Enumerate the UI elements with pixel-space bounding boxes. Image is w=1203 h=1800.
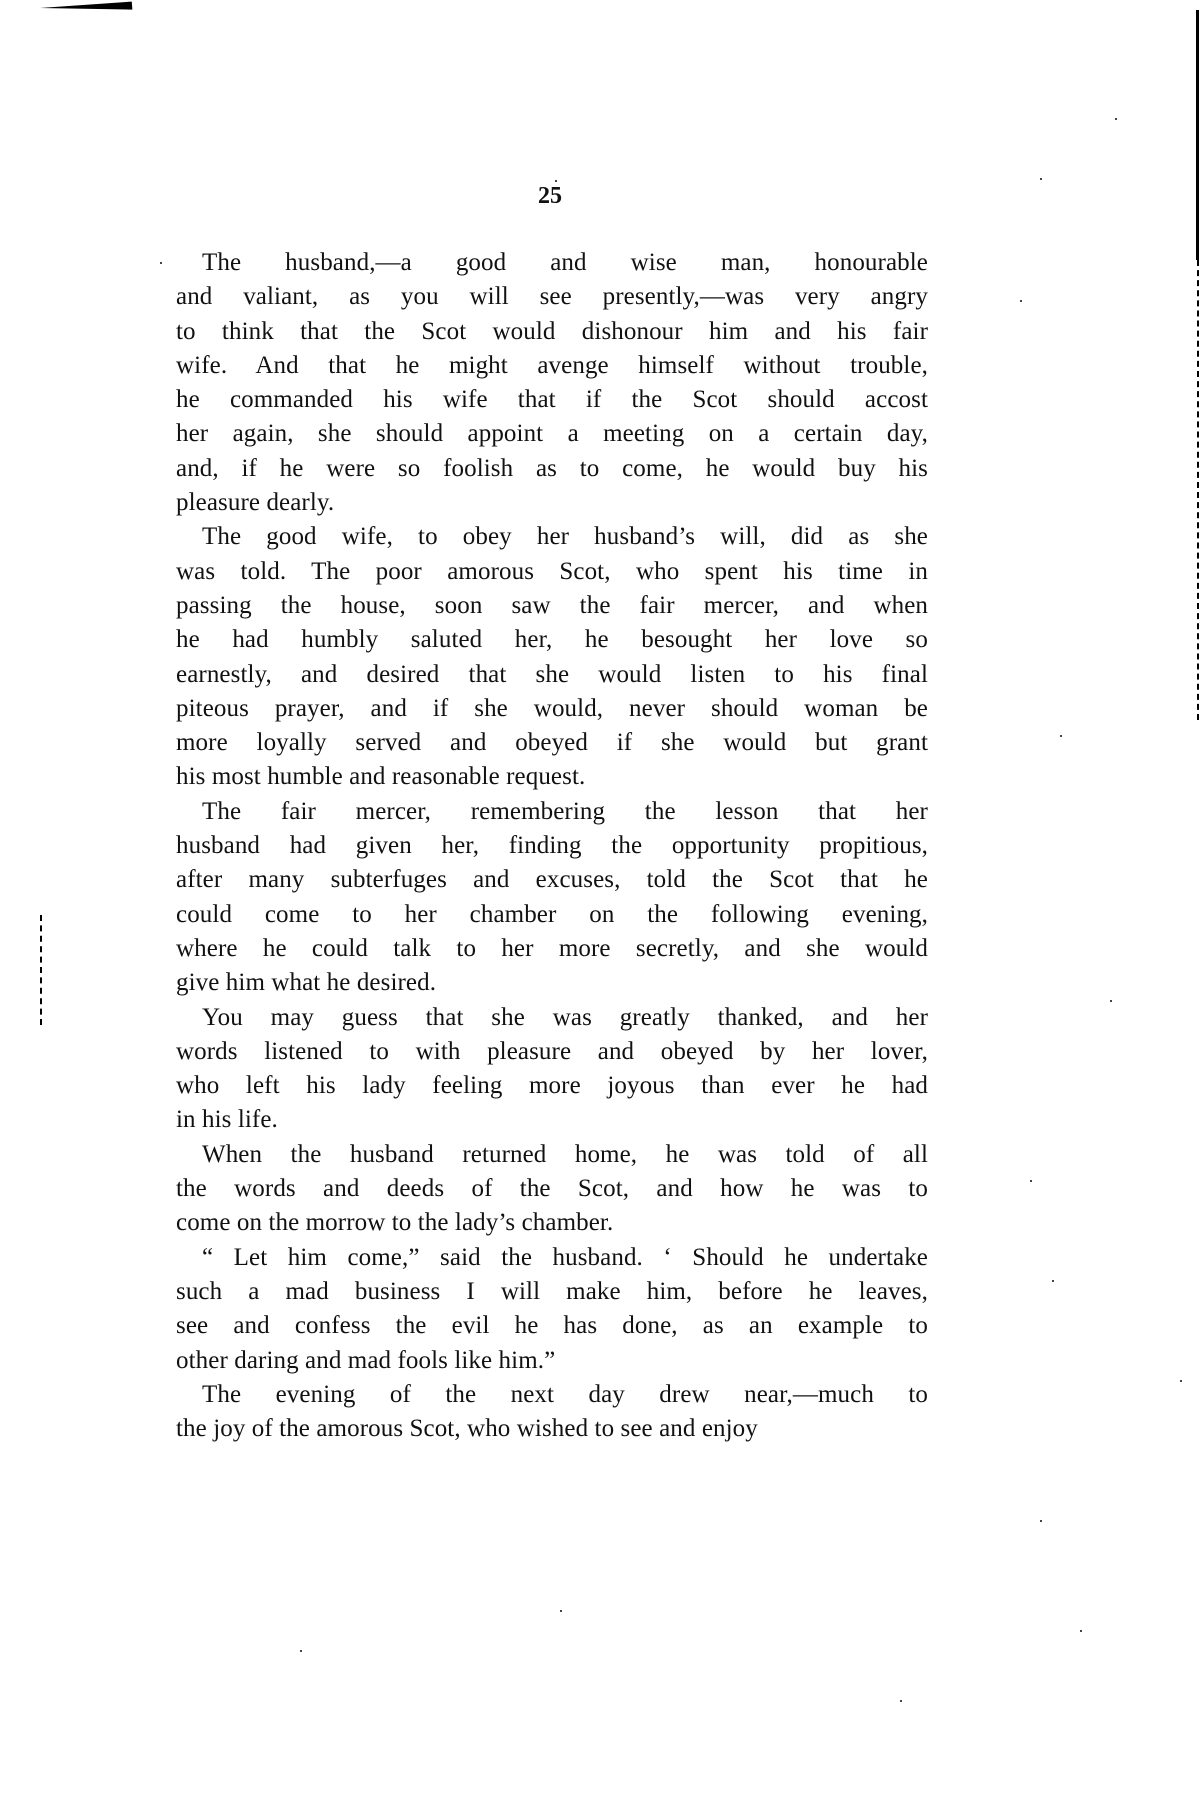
scan-corner-artifact [40, 2, 132, 16]
scan-speck [555, 180, 557, 182]
text-line: was told. The poor amorous Scot, who spe… [176, 555, 928, 589]
scan-right-edge-rule [1196, 10, 1199, 260]
scan-speck [1040, 1520, 1042, 1522]
paragraph: When the husband returned home, he was t… [176, 1138, 928, 1241]
paragraph: The evening of the next day drew near,—m… [176, 1378, 928, 1447]
scan-speck [1115, 118, 1117, 120]
text-line: You may guess that she was greatly thank… [176, 1001, 928, 1035]
scan-speck [1110, 1000, 1112, 1002]
text-line: and valiant, as you will see presently,—… [176, 280, 928, 314]
text-line: The fair mercer, remembering the lesson … [176, 795, 928, 829]
text-line: come on the morrow to the lady’s chamber… [176, 1206, 928, 1240]
text-line: earnestly, and desired that she would li… [176, 658, 928, 692]
text-line: the joy of the amorous Scot, who wished … [176, 1412, 928, 1446]
scan-left-margin-mark [40, 915, 42, 1025]
text-line: his most humble and reasonable request. [176, 760, 928, 794]
text-line: to think that the Scot would dishonour h… [176, 315, 928, 349]
text-line: and, if he were so foolish as to come, h… [176, 452, 928, 486]
scan-speck [1040, 178, 1042, 180]
text-line: “ Let him come,” said the husband. ‘ Sho… [176, 1241, 928, 1275]
text-line: more loyally served and obeyed if she wo… [176, 726, 928, 760]
paragraph: The fair mercer, remembering the lesson … [176, 795, 928, 1001]
text-line: her again, she should appoint a meeting … [176, 417, 928, 451]
scan-speck [1030, 1180, 1032, 1182]
paragraph: “ Let him come,” said the husband. ‘ Sho… [176, 1241, 928, 1378]
text-line: The evening of the next day drew near,—m… [176, 1378, 928, 1412]
paragraph: The husband,—a good and wise man, honour… [176, 246, 928, 520]
text-line: after many subterfuges and excuses, told… [176, 863, 928, 897]
page-number: 25 [0, 183, 1100, 210]
text-line: who left his lady feeling more joyous th… [176, 1069, 928, 1103]
text-line: wife. And that he might avenge himself w… [176, 349, 928, 383]
text-line: in his life. [176, 1103, 928, 1137]
paragraph: The good wife, to obey her husband’s wil… [176, 520, 928, 794]
text-line: When the husband returned home, he was t… [176, 1138, 928, 1172]
scan-speck [1060, 735, 1062, 737]
text-line: he commanded his wife that if the Scot s… [176, 383, 928, 417]
body-text: The husband,—a good and wise man, honour… [176, 246, 928, 1446]
text-line: other daring and mad fools like him.” [176, 1344, 928, 1378]
scan-speck [560, 1610, 562, 1612]
scan-speck [1080, 1630, 1082, 1632]
paragraph: You may guess that she was greatly thank… [176, 1001, 928, 1138]
scan-speck [900, 1700, 902, 1702]
text-line: passing the house, soon saw the fair mer… [176, 589, 928, 623]
text-line: such a mad business I will make him, bef… [176, 1275, 928, 1309]
text-line: the words and deeds of the Scot, and how… [176, 1172, 928, 1206]
text-line: The good wife, to obey her husband’s wil… [176, 520, 928, 554]
scan-speck [1020, 300, 1022, 302]
scan-speck [1180, 1380, 1182, 1382]
text-line: could come to her chamber on the followi… [176, 898, 928, 932]
text-line: give him what he desired. [176, 966, 928, 1000]
scan-speck [160, 262, 162, 264]
text-line: The husband,—a good and wise man, honour… [176, 246, 928, 280]
text-line: husband had given her, finding the oppor… [176, 829, 928, 863]
text-line: piteous prayer, and if she would, never … [176, 692, 928, 726]
text-line: where he could talk to her more secretly… [176, 932, 928, 966]
text-line: he had humbly saluted her, he besought h… [176, 623, 928, 657]
scan-speck [1052, 1280, 1054, 1282]
text-line: words listened to with pleasure and obey… [176, 1035, 928, 1069]
text-line: pleasure dearly. [176, 486, 928, 520]
text-line: see and confess the evil he has done, as… [176, 1309, 928, 1343]
scan-speck [300, 1650, 302, 1652]
scan-right-edge-rule-dashed [1197, 260, 1199, 720]
